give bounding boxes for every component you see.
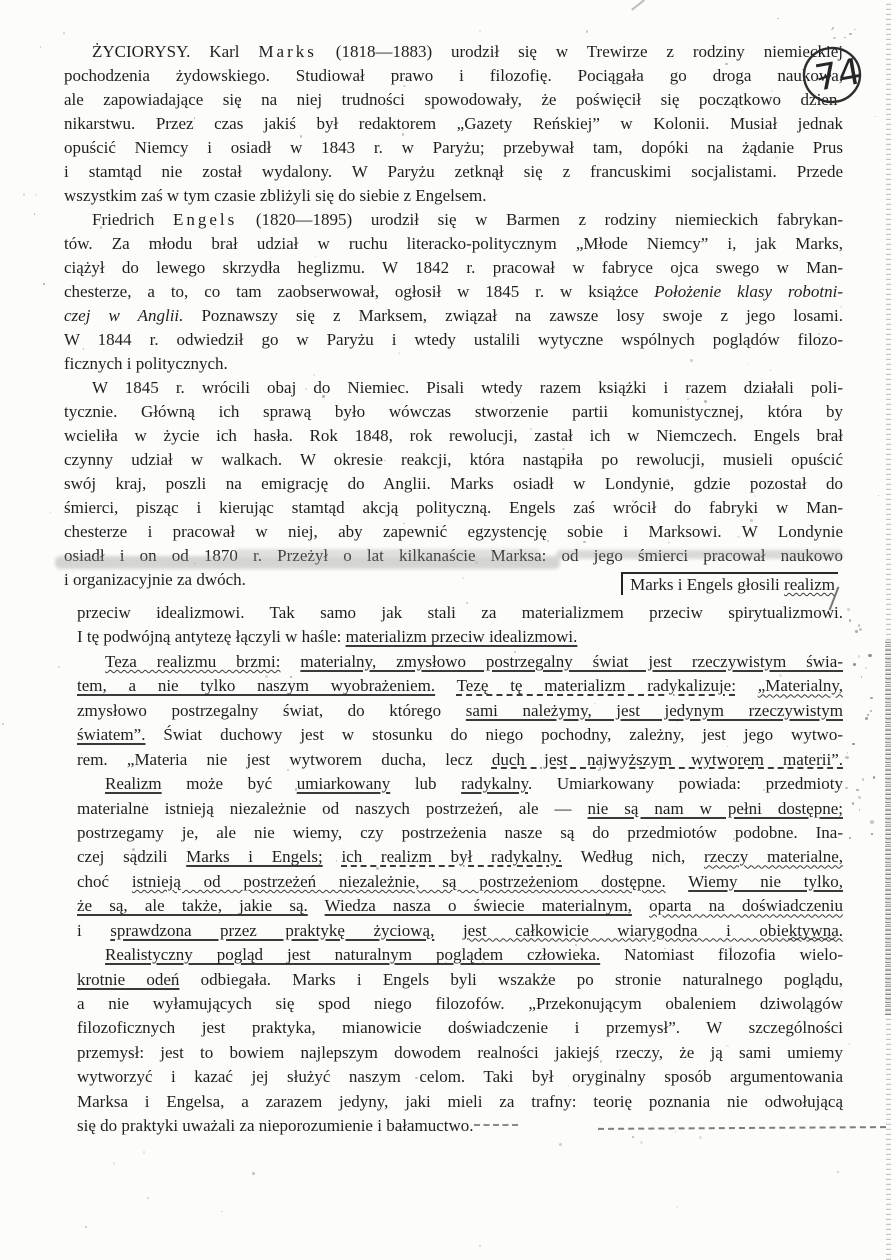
- text-segment: że są, ale także, jakie są.: [77, 896, 308, 915]
- speck: [512, 883, 515, 886]
- text-line: filozoficznych jest praktyka, mianowicie…: [77, 1016, 843, 1040]
- speck: [677, 721, 678, 722]
- speck: [679, 328, 680, 329]
- text-segment: i: [77, 921, 110, 940]
- text-segment: a nie wyłamujących się spod niego filozo…: [77, 994, 843, 1013]
- text-segment: „Materialny,: [758, 676, 843, 695]
- speck: [699, 1136, 702, 1139]
- text-line: swój kraj, poszli na emigrację do Anglii…: [64, 472, 843, 496]
- speck: [848, 1043, 850, 1045]
- speck: [861, 676, 863, 678]
- text-line: śmierci, pisząc i kierując stamtąd akcją…: [64, 496, 843, 520]
- speck: [760, 948, 762, 950]
- speck: [92, 1126, 95, 1129]
- text-segment: opuścić Niemcy i osiadł w 1843 r. w Pary…: [64, 138, 843, 157]
- page-number-circle: 74: [799, 42, 865, 108]
- text-segment: materialny, zmysłowo postrzegalny świat …: [300, 652, 843, 671]
- text-segment: Wiedza nasza o świecie materialnym,: [325, 896, 632, 915]
- speck: [143, 1151, 146, 1154]
- speck: [878, 495, 879, 496]
- text-segment: krotnie odeń: [77, 970, 179, 989]
- text-line: czej sądzili Marks i Engels; ich realizm…: [77, 845, 843, 869]
- text-segment: ale zapowiadające się na niej trudności …: [64, 90, 843, 109]
- speck: [856, 789, 858, 791]
- speck: [295, 788, 297, 790]
- speck: [147, 1197, 149, 1199]
- scan-smudge: [55, 556, 560, 569]
- text-segment: chesterze, a to, co tam zaobserwował, og…: [64, 282, 654, 301]
- speck: [858, 624, 860, 626]
- text-segment: ich realizm był radykalny.: [341, 847, 562, 866]
- text-segment: [435, 676, 456, 695]
- scan-edge-noise: [885, 640, 891, 1015]
- speck: [23, 193, 26, 196]
- text-segment: Marks i Engels;: [186, 847, 323, 866]
- text-segment: lub: [390, 774, 461, 793]
- speck: [2, 723, 4, 725]
- text-segment: sprawdzona przez praktykę życiową,: [110, 921, 434, 940]
- page-number: 74: [812, 51, 864, 99]
- speck: [384, 460, 386, 462]
- speck: [763, 789, 765, 791]
- speck: [824, 529, 827, 532]
- speck: [252, 1172, 255, 1175]
- text-line: tem, a nie tylko naszym wyobrażeniem. Te…: [77, 674, 843, 698]
- speck: [862, 778, 865, 781]
- speck: [482, 961, 484, 963]
- speck: [852, 802, 854, 804]
- speck: [852, 743, 854, 745]
- speck: [194, 117, 196, 119]
- speck: [875, 116, 877, 118]
- scanned-document-page: ŻYCIORYSY. Karl Marks (1818—1883) urodzi…: [0, 0, 891, 1260]
- speck: [63, 32, 64, 33]
- speck: [858, 796, 861, 799]
- text-line: materialne istnieją niezależnie od naszy…: [77, 797, 843, 821]
- speck: [847, 608, 850, 611]
- speck: [849, 619, 852, 622]
- speck: [598, 769, 601, 772]
- speck: [560, 289, 562, 291]
- speck: [462, 577, 464, 579]
- text-segment: odbiegała. Marks i Engels byli wszakże p…: [179, 970, 843, 989]
- text-segment: (1820—1895) urodził się w Barmen z rodzi…: [237, 210, 843, 229]
- pencil-wavy-line: [788, 918, 846, 942]
- speck: [845, 787, 848, 790]
- speck: [850, 852, 852, 854]
- speck: [831, 29, 832, 30]
- speck: [479, 1245, 481, 1247]
- text-line: przeciw idealizmowi. Tak samo jak stali …: [77, 601, 843, 625]
- main-text-block: ŻYCIORYSY. Karl Marks (1818—1883) urodzi…: [64, 40, 843, 592]
- text-segment: może być: [162, 774, 297, 793]
- text-line: i sprawdzona przez praktykę życiową, jes…: [77, 919, 843, 943]
- text-segment: pochodzenia żydowskiego. Studiował prawo…: [64, 66, 843, 85]
- text-segment: Marks: [258, 42, 316, 61]
- speck: [376, 867, 378, 869]
- speck: [313, 374, 314, 375]
- speck: [559, 1143, 562, 1146]
- text-segment: I tę podwójną antytezę łączyli w haśle:: [77, 627, 346, 646]
- text-segment: Marksa i Engelsa, a zarazem jedyny, jaki…: [77, 1092, 843, 1111]
- speck: [674, 1176, 675, 1177]
- text-segment: Friedrich: [92, 210, 173, 229]
- text-segment: tem, a nie tylko naszym wyobrażeniem.: [77, 676, 435, 695]
- text-segment: Realistyczny pogląd jest naturalnym pogl…: [105, 945, 600, 964]
- speck: [865, 667, 867, 669]
- text-line: rem. „Materia nie jest wytworem ducha, l…: [77, 748, 843, 772]
- speck: [849, 33, 851, 35]
- speck: [221, 1211, 222, 1212]
- speck: [870, 710, 872, 712]
- text-segment: chesterze i pracował w niej, aby zapewni…: [64, 522, 843, 541]
- text-segment: materializm przeciw idealizmowi.: [346, 627, 578, 646]
- text-segment: realizm: [784, 575, 835, 594]
- speck: [194, 563, 195, 564]
- text-segment: (1818—1883) urodził się w Trewirze z rod…: [317, 42, 843, 61]
- text-line: pochodzenia żydowskiego. Studiował prawo…: [64, 64, 843, 88]
- text-segment: swój kraj, poszli na emigrację do Anglii…: [64, 474, 843, 493]
- speck: [849, 837, 851, 839]
- text-line: ciążył do lewego skrzydła heglizmu. W 18…: [64, 256, 843, 280]
- pencil-mark: [631, 0, 645, 11]
- text-line: wcieliła w życie ich hasła. Rok 1848, ro…: [64, 424, 843, 448]
- speck: [867, 714, 869, 716]
- text-segment: wcieliła w życie ich hasła. Rok 1848, ro…: [64, 426, 843, 445]
- text-segment: Teza realizmu brzmi:: [105, 652, 280, 671]
- text-line: ale zapowiadające się na niej trudności …: [64, 88, 843, 112]
- text-segment: filozoficznych jest praktyka, mianowicie…: [77, 1018, 843, 1037]
- text-segment: . Umiarkowany powiada: przedmioty: [528, 774, 843, 793]
- speck: [712, 761, 714, 763]
- text-line: W 1845 r. wrócili obaj do Niemiec. Pisal…: [64, 376, 843, 400]
- text-segment: Położenie klasy robotni-: [654, 282, 843, 301]
- speck: [499, 438, 502, 441]
- text-line: chesterze i pracował w niej, aby zapewni…: [64, 520, 843, 544]
- speck: [619, 1069, 621, 1071]
- text-segment: [736, 676, 758, 695]
- speck: [640, 1141, 643, 1144]
- text-line: ficznych i politycznych.: [64, 352, 843, 376]
- text-line: choć istnieją od postrzeżeń niezależnie,…: [77, 870, 843, 894]
- speck: [479, 30, 481, 32]
- speck: [871, 833, 873, 835]
- text-segment: światem”.: [77, 725, 145, 744]
- speck: [490, 637, 492, 639]
- speck: [775, 156, 777, 158]
- speck: [602, 663, 604, 665]
- speck: [687, 398, 689, 400]
- speck: [779, 674, 782, 677]
- speck: [868, 654, 871, 657]
- speck: [43, 283, 45, 285]
- speck: [336, 860, 338, 862]
- speck: [507, 531, 508, 532]
- text-segment: oparta na doświadczeniu: [649, 896, 843, 915]
- speck: [859, 809, 861, 811]
- speck: [415, 1077, 418, 1080]
- speck: [690, 359, 693, 362]
- text-segment: [308, 896, 325, 915]
- speck: [833, 37, 836, 40]
- speck: [844, 37, 846, 39]
- speck: [322, 395, 325, 398]
- text-line: a nie wyłamujących się spod niego filozo…: [77, 992, 843, 1016]
- text-segment: tycznie. Główną ich sprawą było wówczas …: [64, 402, 843, 421]
- speck: [853, 663, 856, 666]
- speck: [625, 636, 626, 637]
- speck: [727, 746, 728, 747]
- speck: [50, 512, 51, 513]
- text-line: tów. Za młodu brał udział w ruchu litera…: [64, 232, 843, 256]
- text-segment: Realizm: [105, 774, 162, 793]
- text-segment: [632, 896, 649, 915]
- text-segment: Natomiast filozofia wielo-: [600, 945, 843, 964]
- lower-text-block: przeciw idealizmowi. Tak samo jak stali …: [77, 601, 843, 1139]
- text-line: nikarstwu. Przez czas jakiś był redaktor…: [64, 112, 843, 136]
- speck: [475, 561, 478, 564]
- speck: [313, 788, 315, 790]
- text-segment: umiarkowany: [297, 774, 390, 793]
- text-line: tycznie. Główną ich sprawą było wówczas …: [64, 400, 843, 424]
- speck: [854, 29, 856, 31]
- text-segment: Engels: [173, 210, 237, 229]
- speck: [858, 655, 860, 657]
- speck: [840, 306, 842, 308]
- speck: [747, 363, 748, 364]
- boxed-phrase-line: Marks i Engels głosili realizm: [64, 572, 838, 599]
- speck: [666, 479, 669, 482]
- speck: [544, 76, 546, 78]
- text-segment: Marks i Engels głosili: [630, 575, 784, 594]
- text-segment: Poznawszy się z Marksem, związał na zaws…: [183, 306, 843, 325]
- scan-edge-noise: [886, 0, 891, 1260]
- text-line: W 1844 r. odwiedził go w Paryżu i wtedy …: [64, 328, 843, 352]
- speck: [238, 100, 241, 103]
- text-line: wytworzyć i kazać jej służyć naszym celo…: [77, 1065, 843, 1089]
- speck: [668, 541, 670, 543]
- speck: [265, 675, 268, 678]
- text-segment: radykalny: [461, 774, 528, 793]
- speck: [600, 1060, 602, 1062]
- speck: [873, 776, 876, 779]
- speck: [547, 540, 549, 542]
- text-segment: przeciw idealizmowi. Tak samo jak stali …: [77, 603, 843, 622]
- text-line: czynny udział w walkach. W okresie reakc…: [64, 448, 843, 472]
- text-line: chesterze, a to, co tam zaobserwował, og…: [64, 280, 843, 304]
- speck: [865, 717, 868, 720]
- speck: [870, 820, 874, 824]
- speck: [859, 628, 863, 632]
- text-segment: rzeczy materialne,: [704, 847, 843, 866]
- speck: [132, 848, 134, 850]
- text-segment: postrzegamy je, ale nie wiemy, czy postr…: [77, 823, 843, 842]
- text-segment: istnieją od postrzeżeń niezależnie, są p…: [132, 872, 666, 891]
- text-line: Friedrich Engels (1820—1895) urodził się…: [64, 208, 843, 232]
- text-segment: czej w Anglii.: [64, 306, 183, 325]
- text-line: Realizm może być umiarkowany lub radykal…: [77, 772, 843, 796]
- text-segment: sami należymy, jest jedynym rzeczywistym: [466, 701, 843, 720]
- text-line: że są, ale także, jakie są. Wiedza nasza…: [77, 894, 843, 918]
- text-segment: [666, 872, 688, 891]
- speck: [664, 948, 665, 949]
- text-segment: choć: [77, 872, 132, 891]
- speck: [305, 388, 307, 390]
- text-segment: jest całkowicie wiarygodna i obiektywna.: [463, 921, 843, 940]
- speck: [40, 46, 42, 48]
- text-segment: śmierci, pisząc i kierując stamtąd akcją…: [64, 498, 843, 517]
- speck: [516, 745, 517, 746]
- speck: [676, 1206, 678, 1208]
- speck: [568, 1085, 570, 1087]
- speck: [870, 697, 873, 700]
- text-segment: ciążył do lewego skrzydła heglizmu. W 18…: [64, 258, 843, 277]
- text-segment: tów. Za młodu brał udział w ruchu litera…: [64, 234, 843, 253]
- text-segment: materialne istnieją niezależnie od naszy…: [77, 799, 588, 818]
- speck: [403, 523, 404, 524]
- text-segment: Tezę tę materializm radykalizuje:: [457, 676, 736, 695]
- speck: [362, 391, 364, 393]
- speck: [113, 1162, 115, 1164]
- speck: [290, 676, 292, 678]
- speck: [100, 226, 102, 228]
- speck: [58, 666, 60, 668]
- speck: [837, 1171, 839, 1173]
- speck: [798, 782, 801, 785]
- speck: [34, 213, 35, 214]
- text-segment: rem. „Materia nie jest wytworem ducha, l…: [77, 750, 492, 769]
- text-segment: czynny udział w walkach. W okresie reakc…: [64, 450, 843, 469]
- speck: [530, 428, 532, 430]
- speck: [173, 779, 174, 780]
- text-line: i stamtąd nie został wydalony. W Paryżu …: [64, 160, 843, 184]
- text-line: czej w Anglii. Poznawszy się z Marksem, …: [64, 304, 843, 328]
- text-segment: i stamtąd nie został wydalony. W Paryżu …: [64, 162, 843, 181]
- speck: [632, 1136, 634, 1138]
- text-segment: [323, 847, 342, 866]
- speck: [586, 30, 588, 32]
- text-segment: Świat duchowy jest w stosunku do niego p…: [145, 725, 843, 744]
- speck: [847, 752, 849, 754]
- text-segment: Według nich,: [562, 847, 704, 866]
- scan-smudge: [235, 549, 540, 556]
- text-segment: duch jest najwyższym wytworem materii”.: [492, 750, 843, 769]
- speck: [845, 756, 848, 759]
- speck: [754, 495, 755, 496]
- speck: [704, 400, 707, 403]
- text-segment: nikarstwu. Przez czas jakiś był redaktor…: [64, 114, 843, 133]
- text-segment: ŻYCIORYSY. Karl: [92, 42, 258, 61]
- speck: [35, 194, 37, 196]
- hand-drawn-box: Marks i Engels głosili realizm: [621, 572, 838, 595]
- speck: [777, 18, 779, 20]
- pencil-dash-line: [474, 1124, 518, 1126]
- text-segment: [280, 652, 300, 671]
- speck: [300, 135, 302, 137]
- speck: [129, 1057, 131, 1059]
- text-segment: [434, 921, 463, 940]
- speck: [288, 806, 289, 807]
- text-line: I tę podwójną antytezę łączyli w haśle: …: [77, 625, 843, 649]
- text-segment: W 1844 r. odwiedził go w Paryżu i wtedy …: [64, 330, 843, 349]
- speck: [583, 541, 586, 544]
- scan-smudge: [556, 550, 843, 559]
- text-segment: wytworzyć i kazać jej służyć naszym celo…: [77, 1067, 843, 1086]
- speck: [855, 630, 858, 633]
- text-segment: Wiemy nie tylko,: [688, 872, 843, 891]
- text-line: Realistyczny pogląd jest naturalnym pogl…: [77, 943, 843, 967]
- text-line: krotnie odeń odbiegała. Marks i Engels b…: [77, 968, 843, 992]
- text-line: opuścić Niemcy i osiadł w 1843 r. w Pary…: [64, 136, 843, 160]
- text-segment: ficznych i politycznych.: [64, 354, 228, 373]
- text-line: zmysłowo postrzegalny świat, do którego …: [77, 699, 843, 723]
- text-segment: W 1845 r. wrócili obaj do Niemiec. Pisal…: [92, 378, 843, 397]
- text-line: Teza realizmu brzmi: materialny, zmysłow…: [77, 650, 843, 674]
- text-line: światem”. Świat duchowy jest w stosunku …: [77, 723, 843, 747]
- text-segment: się do praktyki uważali za nieporozumien…: [77, 1116, 474, 1135]
- text-line: Marksa i Engelsa, a zarazem jedyny, jaki…: [77, 1090, 843, 1114]
- text-line: ŻYCIORYSY. Karl Marks (1818—1883) urodzi…: [64, 40, 843, 64]
- text-segment: zmysłowo postrzegalny świat, do którego: [77, 701, 466, 720]
- text-line: wszystkim zaś w tym czasie zbliżyli się …: [64, 184, 843, 208]
- text-segment: wszystkim zaś w tym czasie zbliżyli się …: [64, 186, 487, 205]
- speck: [632, 500, 634, 502]
- speck: [85, 1226, 87, 1228]
- text-segment: nie są nam w pełni dostępne;: [588, 799, 843, 818]
